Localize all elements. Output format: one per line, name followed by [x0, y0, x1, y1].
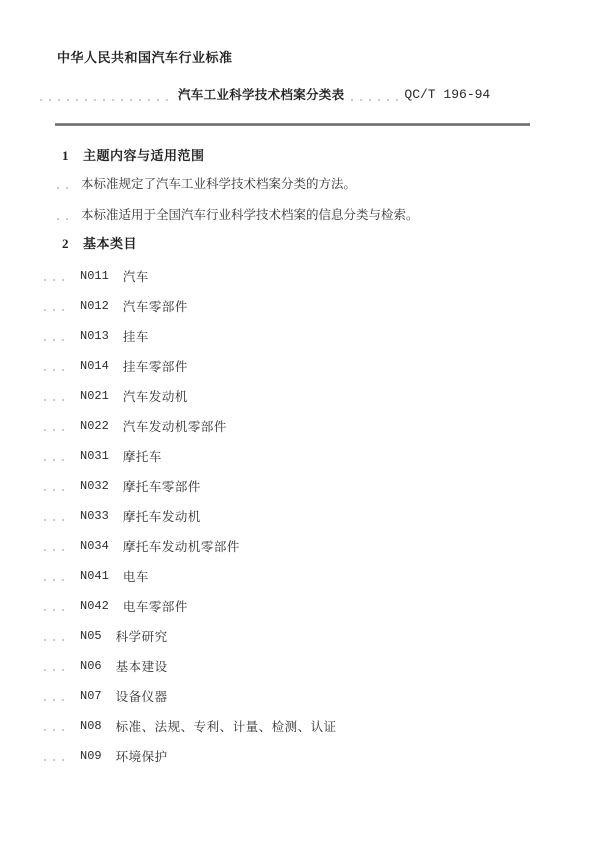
category-row: N022 汽车发动机零部件	[0, 411, 600, 441]
category-row: N034 摩托车发动机零部件	[0, 531, 600, 561]
category-code: N021	[80, 389, 109, 403]
category-row: N08 标准、法规、专利、计量、检测、认证	[0, 711, 600, 741]
scan-artifact-dots	[44, 369, 66, 371]
scan-artifact-dots	[44, 459, 66, 461]
category-row: N05 科学研究	[0, 621, 600, 651]
category-code: N014	[80, 359, 109, 373]
category-label: 电车	[123, 567, 149, 585]
scan-artifact-dots	[44, 729, 66, 731]
category-label: 标准、法规、专利、计量、检测、认证	[116, 717, 337, 735]
scan-artifact-dots	[44, 699, 66, 701]
category-row: N033 摩托车发动机	[0, 501, 600, 531]
section-2-heading: 2基本类目	[62, 237, 600, 251]
category-code: N031	[80, 449, 109, 463]
category-row: N031 摩托车	[0, 441, 600, 471]
category-row: N012 汽车零部件	[0, 291, 600, 321]
scan-artifact-dots	[44, 429, 66, 431]
standard-header-label: 中华人民共和国汽车行业标准	[57, 51, 600, 65]
category-code: N07	[80, 689, 102, 703]
scan-artifact-dots	[44, 639, 66, 641]
category-label: 汽车发动机零部件	[123, 417, 227, 435]
section-1-title: 主题内容与适用范围	[83, 148, 205, 163]
category-code: N032	[80, 479, 109, 493]
category-row: N021 汽车发动机	[0, 381, 600, 411]
paragraph: 本标准适用于全国汽车行业科学技术档案的信息分类与检索。	[0, 208, 600, 222]
category-label: 汽车发动机	[123, 387, 188, 405]
category-code: N034	[80, 539, 109, 553]
paragraph-text: 本标准规定了汽车工业科学技术档案分类的方法。	[81, 177, 356, 191]
scan-artifact-dots	[57, 187, 73, 189]
scan-artifact-dots	[44, 339, 66, 341]
scan-artifact-dots	[44, 489, 66, 491]
category-label: 科学研究	[116, 627, 168, 645]
category-code: N042	[80, 599, 109, 613]
category-list: N011 汽车 N012 汽车零部件 N013 挂车 N014 挂车零部件 N0…	[0, 261, 600, 771]
section-1-heading: 1主题内容与适用范围	[62, 149, 600, 163]
category-label: 摩托车发动机零部件	[123, 537, 240, 555]
scan-artifact-dots	[44, 279, 66, 281]
category-label: 摩托车零部件	[123, 477, 201, 495]
category-label: 摩托车发动机	[123, 507, 201, 525]
category-code: N05	[80, 629, 102, 643]
scan-artifact-dots	[57, 218, 73, 220]
scan-artifact-dots	[44, 669, 66, 671]
category-label: 挂车	[123, 327, 149, 345]
category-row: N032 摩托车零部件	[0, 471, 600, 501]
category-label: 挂车零部件	[123, 357, 188, 375]
scan-artifact-dots	[44, 519, 66, 521]
category-code: N09	[80, 749, 102, 763]
scan-artifact-dots	[44, 759, 66, 761]
scan-artifact-dots	[44, 309, 66, 311]
category-label: 环境保护	[116, 747, 168, 765]
category-row: N041 电车	[0, 561, 600, 591]
horizontal-rule	[55, 123, 530, 126]
category-row: N013 挂车	[0, 321, 600, 351]
document-page: 中华人民共和国汽车行业标准 汽车工业科学技术档案分类表 QC/T 196-94 …	[0, 0, 600, 849]
document-title: 汽车工业科学技术档案分类表	[178, 88, 344, 102]
category-row: N07 设备仪器	[0, 681, 600, 711]
paragraph: 本标准规定了汽车工业科学技术档案分类的方法。	[0, 177, 600, 191]
category-row: N014 挂车零部件	[0, 351, 600, 381]
category-code: N022	[80, 419, 109, 433]
scan-artifact-dots	[44, 399, 66, 401]
category-row: N011 汽车	[0, 261, 600, 291]
section-1-number: 1	[62, 149, 71, 163]
scan-artifact-dots	[44, 609, 66, 611]
section-2-title: 基本类目	[83, 236, 137, 251]
category-label: 汽车	[123, 267, 149, 285]
section-2-number: 2	[62, 237, 71, 251]
category-code: N06	[80, 659, 102, 673]
category-label: 基本建设	[116, 657, 168, 675]
category-row: N042 电车零部件	[0, 591, 600, 621]
category-row: N06 基本建设	[0, 651, 600, 681]
category-code: N013	[80, 329, 109, 343]
category-code: N011	[80, 269, 109, 283]
scan-artifact-dots	[44, 549, 66, 551]
category-code: N012	[80, 299, 109, 313]
category-label: 汽车零部件	[123, 297, 188, 315]
scan-artifact-dots	[40, 99, 174, 101]
category-code: N033	[80, 509, 109, 523]
category-code: N041	[80, 569, 109, 583]
standard-number: QC/T 196-94	[404, 88, 490, 102]
document-title-row: 汽车工业科学技术档案分类表 QC/T 196-94	[40, 88, 600, 102]
category-code: N08	[80, 719, 102, 733]
paragraph-text: 本标准适用于全国汽车行业科学技术档案的信息分类与检索。	[81, 208, 419, 222]
category-row: N09 环境保护	[0, 741, 600, 771]
category-label: 摩托车	[123, 447, 162, 465]
category-label: 电车零部件	[123, 597, 188, 615]
category-label: 设备仪器	[116, 687, 168, 705]
scan-artifact-dots	[44, 579, 66, 581]
scan-artifact-dots	[351, 99, 401, 101]
